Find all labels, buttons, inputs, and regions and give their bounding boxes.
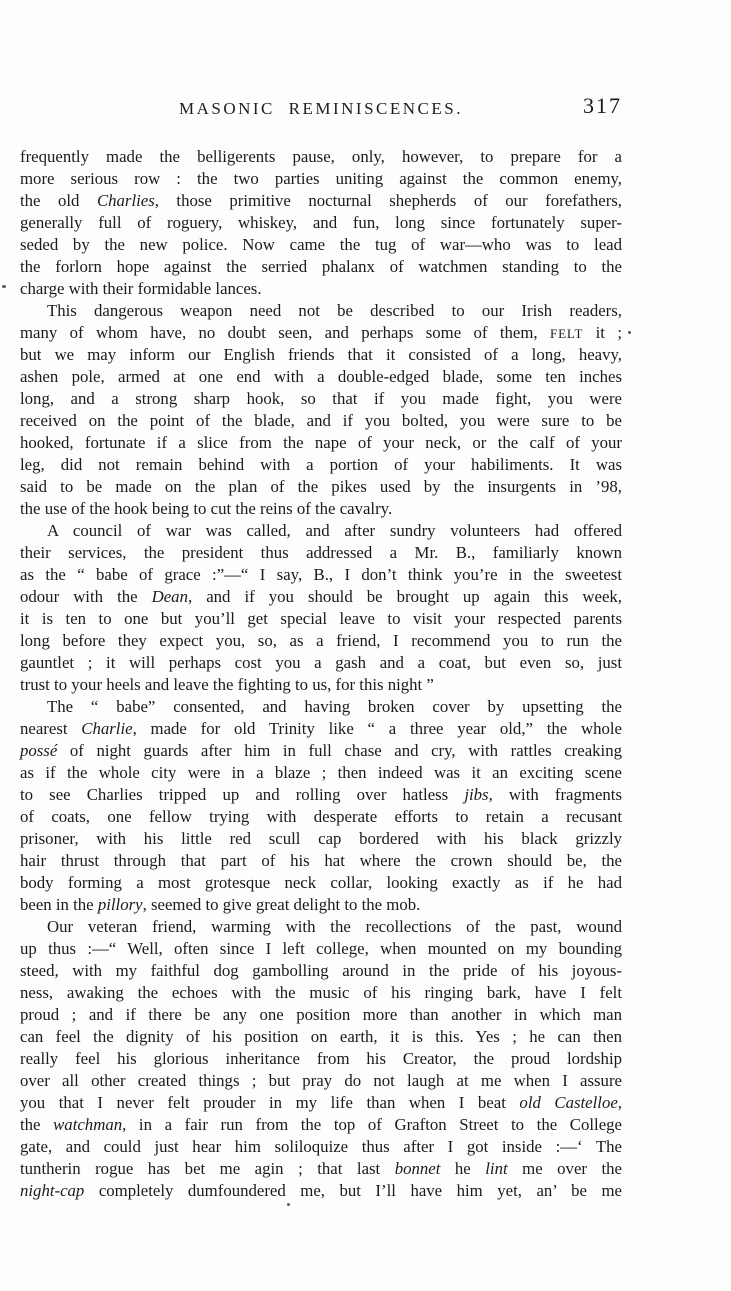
text-run: frequently made the belligerents pause, …	[20, 147, 622, 166]
text-run: prisoner, with his little red scull cap …	[20, 829, 622, 848]
text-run: more serious row : the two parties uniti…	[20, 169, 622, 188]
text-line: more serious row : the two parties uniti…	[20, 168, 622, 190]
text-run: The “ babe” consented, and having broken…	[47, 697, 622, 716]
text-line: as the “ babe of grace :”—“ I say, B., I…	[20, 564, 622, 586]
text-run: he	[440, 1159, 485, 1178]
text-run: body forming a most grotesque neck colla…	[20, 873, 622, 892]
text-run: the forlorn hope against the serried pha…	[20, 257, 622, 276]
page-number: 317	[583, 93, 622, 119]
text-line: long, and a strong sharp hook, so that i…	[20, 388, 622, 410]
text-run: , seemed to give great delight to the mo…	[143, 895, 421, 914]
text-line: possé of night guards after him in full …	[20, 740, 622, 762]
text-run: Our veteran friend, warming with the rec…	[47, 917, 622, 936]
scan-speck	[2, 285, 6, 288]
text-line: the forlorn hope against the serried pha…	[20, 256, 622, 278]
text-line: seded by the new police. Now came the tu…	[20, 234, 622, 256]
paragraph: A council of war was called, and after s…	[20, 520, 622, 696]
text-run: of night guards after him in full chase …	[57, 741, 622, 760]
text-run: long before they expect you, so, as a fr…	[20, 631, 622, 650]
text-run: long, and a strong sharp hook, so that i…	[20, 389, 622, 408]
text-run: leg, did not remain behind with a portio…	[20, 455, 622, 474]
text-run: really feel his glorious inheritance fro…	[20, 1049, 622, 1068]
paragraph: The “ babe” consented, and having broken…	[20, 696, 622, 916]
italic-text-run: watchman	[53, 1115, 122, 1134]
page-header: MASONIC REMINISCENCES. 317	[20, 96, 622, 124]
italic-text-run: jibs	[464, 785, 488, 804]
text-line: the watchman, in a fair run from the top…	[20, 1114, 622, 1136]
text-run: you that I never felt prouder in my life…	[20, 1093, 519, 1112]
text-line: charge with their formidable lances.	[20, 278, 622, 300]
italic-text-run: night-cap	[20, 1181, 84, 1200]
text-run: hair thrust through that part of his hat…	[20, 851, 622, 870]
scan-speck	[628, 331, 631, 334]
text-run: said to be made on the plan of the pikes…	[20, 477, 622, 496]
text-line: it is ten to one but you’ll get special …	[20, 608, 622, 630]
text-line: trust to your heels and leave the fighti…	[20, 674, 622, 696]
text-run: , made for old Trinity like “ a three ye…	[133, 719, 622, 738]
text-line: of coats, one fellow trying with despera…	[20, 806, 622, 828]
text-run: , with fragments	[489, 785, 622, 804]
text-run: to see Charlies tripped up and rolling o…	[20, 785, 464, 804]
text-run: received on the point of the blade, and …	[20, 411, 622, 430]
text-line: many of whom have, no doubt seen, and pe…	[20, 322, 622, 344]
text-line: gauntlet ; it will perhaps cost you a ga…	[20, 652, 622, 674]
text-run: ashen pole, armed at one end with a doub…	[20, 367, 622, 386]
text-line: frequently made the belligerents pause, …	[20, 146, 622, 168]
text-line: prisoner, with his little red scull cap …	[20, 828, 622, 850]
text-run: the old	[20, 191, 97, 210]
text-line: night-cap completely dumfoundered me, bu…	[20, 1180, 622, 1202]
italic-text-run: Dean	[152, 587, 188, 606]
text-run: ness, awaking the echoes with the music …	[20, 983, 622, 1002]
text-run: can feel the dignity of his position on …	[20, 1027, 622, 1046]
text-run: of coats, one fellow trying with despera…	[20, 807, 622, 826]
text-line: up thus :—“ Well, often since I left col…	[20, 938, 622, 960]
text-run: the	[20, 1115, 53, 1134]
italic-text-run: Charlies	[97, 191, 155, 210]
text-run: but we may inform our English friends th…	[20, 345, 622, 364]
scan-speck	[287, 1203, 290, 1206]
text-line: the old Charlies, those primitive noctur…	[20, 190, 622, 212]
italic-text-run: possé	[20, 741, 57, 760]
book-page: MASONIC REMINISCENCES. 317 frequently ma…	[0, 0, 731, 1291]
text-run: hooked, fortunate if a slice from the na…	[20, 433, 622, 452]
paragraph: This dangerous weapon need not be descri…	[20, 300, 622, 520]
text-line: the use of the hook being to cut the rei…	[20, 498, 622, 520]
text-line: leg, did not remain behind with a portio…	[20, 454, 622, 476]
text-run: A council of war was called, and after s…	[47, 521, 622, 540]
text-line: long before they expect you, so, as a fr…	[20, 630, 622, 652]
text-run: nearest	[20, 719, 81, 738]
italic-text-run: pillory	[98, 895, 143, 914]
text-run: gate, and could just hear him soliloquiz…	[20, 1137, 622, 1156]
text-run: the use of the hook being to cut the rei…	[20, 499, 392, 518]
text-run: completely dumfoundered me, but I’ll hav…	[84, 1181, 622, 1200]
text-run: their services, the president thus addre…	[20, 543, 622, 562]
text-line: gate, and could just hear him soliloquiz…	[20, 1136, 622, 1158]
text-line: ashen pole, armed at one end with a doub…	[20, 366, 622, 388]
text-line: A council of war was called, and after s…	[20, 520, 622, 542]
text-line: to see Charlies tripped up and rolling o…	[20, 784, 622, 806]
italic-text-run: Charlie	[81, 719, 132, 738]
text-run: many of whom have, no doubt seen, and pe…	[20, 323, 550, 342]
text-run: , in a fair run from the top of Grafton …	[122, 1115, 622, 1134]
text-run: as the “ babe of grace :”—“ I say, B., I…	[20, 565, 622, 584]
text-run: gauntlet ; it will perhaps cost you a ga…	[20, 653, 622, 672]
text-line: hair thrust through that part of his hat…	[20, 850, 622, 872]
text-line: This dangerous weapon need not be descri…	[20, 300, 622, 322]
text-line: can feel the dignity of his position on …	[20, 1026, 622, 1048]
text-line: as if the whole city were in a blaze ; t…	[20, 762, 622, 784]
text-run: it ;	[583, 323, 622, 342]
text-run: steed, with my faithful dog gambolling a…	[20, 961, 622, 980]
text-line: you that I never felt prouder in my life…	[20, 1092, 622, 1114]
text-line: proud ; and if there be any one position…	[20, 1004, 622, 1026]
italic-text-run: bonnet	[395, 1159, 441, 1178]
text-line: body forming a most grotesque neck colla…	[20, 872, 622, 894]
text-line: nearest Charlie, made for old Trinity li…	[20, 718, 622, 740]
smallcaps-text-run: FELT	[550, 326, 583, 341]
text-run: tuntherin rogue has bet me agin ; that l…	[20, 1159, 395, 1178]
text-run: ,	[618, 1093, 622, 1112]
text-line: really feel his glorious inheritance fro…	[20, 1048, 622, 1070]
paragraph: Our veteran friend, warming with the rec…	[20, 916, 622, 1202]
text-line: said to be made on the plan of the pikes…	[20, 476, 622, 498]
text-run: , those primitive nocturnal shepherds of…	[155, 191, 622, 210]
text-run: generally full of roguery, whiskey, and …	[20, 213, 622, 232]
text-line: over all other created things ; but pray…	[20, 1070, 622, 1092]
text-line: The “ babe” consented, and having broken…	[20, 696, 622, 718]
running-title: MASONIC REMINISCENCES.	[20, 99, 622, 119]
text-run: seded by the new police. Now came the tu…	[20, 235, 622, 254]
text-line: odour with the Dean, and if you should b…	[20, 586, 622, 608]
text-run: proud ; and if there be any one position…	[20, 1005, 622, 1024]
text-run: as if the whole city were in a blaze ; t…	[20, 763, 622, 782]
text-run: me over the	[508, 1159, 622, 1178]
text-line: received on the point of the blade, and …	[20, 410, 622, 432]
text-run: This dangerous weapon need not be descri…	[47, 301, 622, 320]
text-line: tuntherin rogue has bet me agin ; that l…	[20, 1158, 622, 1180]
page-text: frequently made the belligerents pause, …	[20, 146, 622, 1202]
paragraph: frequently made the belligerents pause, …	[20, 146, 622, 300]
text-line: Our veteran friend, warming with the rec…	[20, 916, 622, 938]
text-line: been in the pillory, seemed to give grea…	[20, 894, 622, 916]
text-run: over all other created things ; but pray…	[20, 1071, 622, 1090]
text-line: but we may inform our English friends th…	[20, 344, 622, 366]
text-run: been in the	[20, 895, 98, 914]
text-run: odour with the	[20, 587, 152, 606]
text-run: it is ten to one but you’ll get special …	[20, 609, 622, 628]
italic-text-run: old Castelloe	[519, 1093, 617, 1112]
text-line: generally full of roguery, whiskey, and …	[20, 212, 622, 234]
text-line: their services, the president thus addre…	[20, 542, 622, 564]
text-line: steed, with my faithful dog gambolling a…	[20, 960, 622, 982]
text-line: ness, awaking the echoes with the music …	[20, 982, 622, 1004]
italic-text-run: lint	[485, 1159, 507, 1178]
text-run: , and if you should be brought up again …	[188, 587, 622, 606]
text-run: charge with their formidable lances.	[20, 279, 262, 298]
text-run: up thus :—“ Well, often since I left col…	[20, 939, 622, 958]
text-run: trust to your heels and leave the fighti…	[20, 675, 434, 694]
text-line: hooked, fortunate if a slice from the na…	[20, 432, 622, 454]
text-block: MASONIC REMINISCENCES. 317 frequently ma…	[20, 96, 622, 1202]
